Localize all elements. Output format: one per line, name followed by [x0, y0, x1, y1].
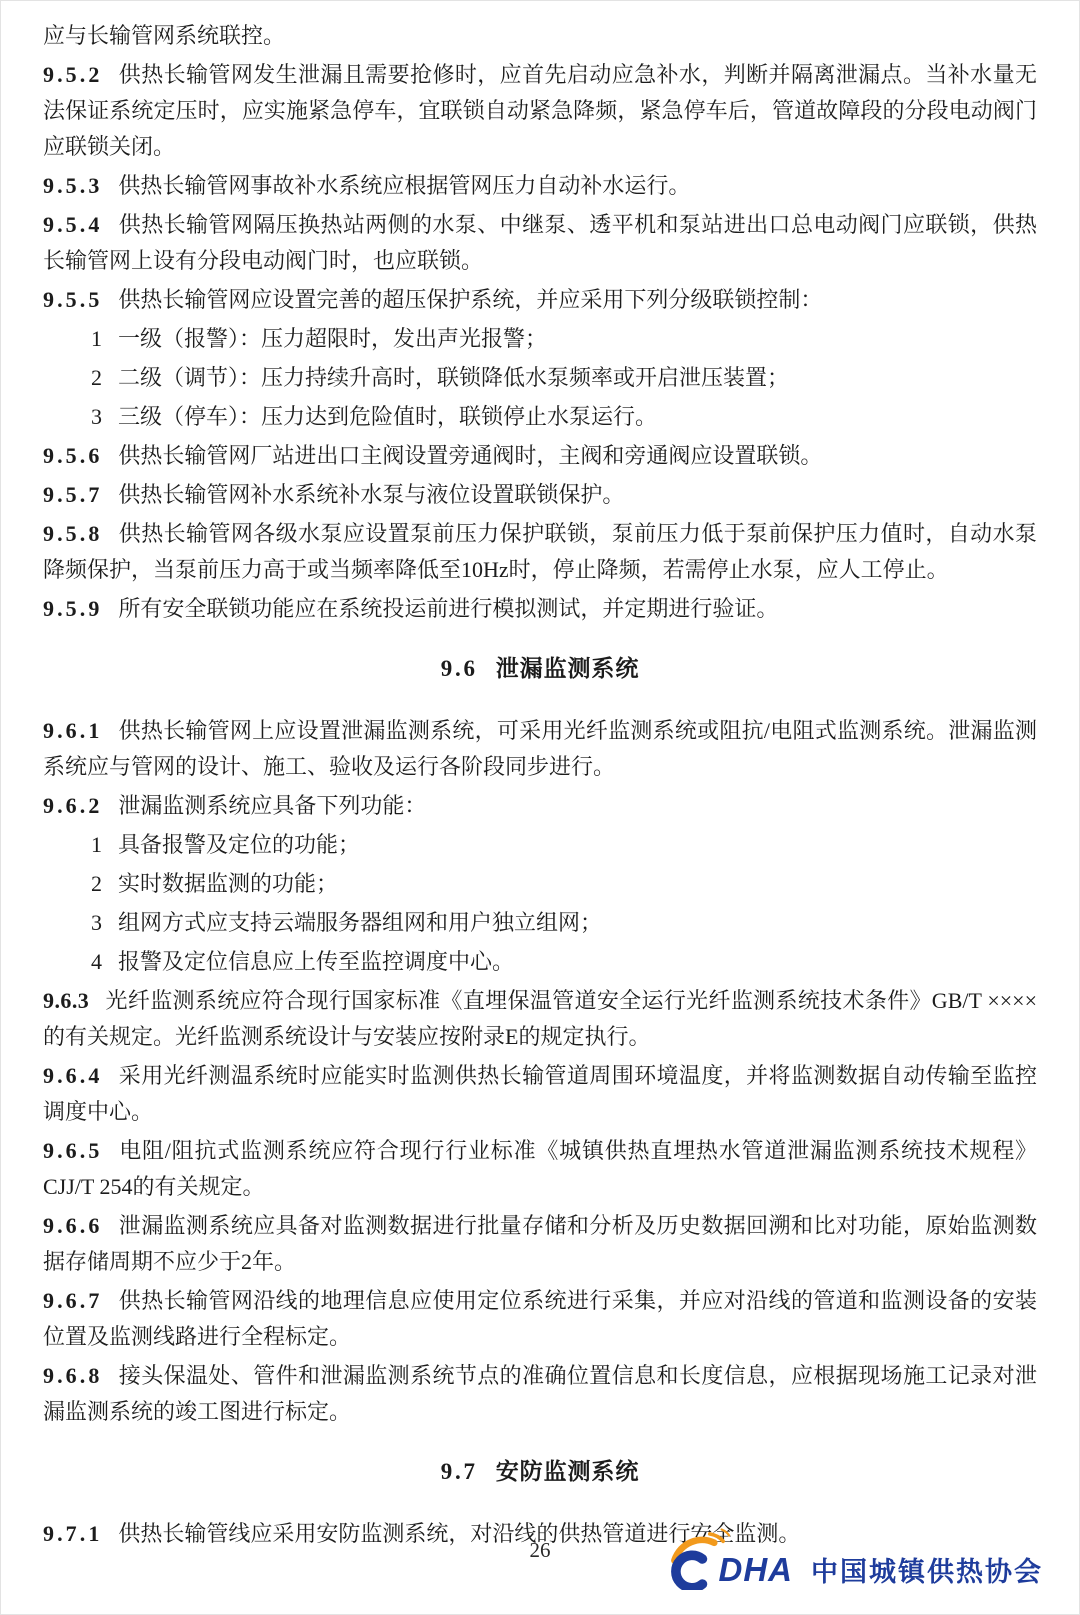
- list-item: 2二级（调节）：压力持续升高时，联锁降低水泵频率或开启泄压装置；: [43, 360, 1037, 396]
- clause-paragraph: 9.6.5电阻/阻抗式监测系统应符合现行行业标准《城镇供热直埋热水管道泄漏监测系…: [43, 1133, 1037, 1205]
- list-item-number: 3: [91, 404, 102, 429]
- clause-paragraph: 9.6.2泄漏监测系统应具备下列功能：: [43, 788, 1037, 824]
- clause-paragraph: 9.6.1供热长输管网上应设置泄漏监测系统，可采用光纤监测系统或阻抗/电阻式监测…: [43, 713, 1037, 785]
- paragraph-text: 供热长输管网沿线的地理信息应使用定位系统进行采集，并应对沿线的管道和监测设备的安…: [43, 1288, 1037, 1349]
- page-footer: 26 DHA 中国城镇供热协会: [1, 1510, 1079, 1596]
- paragraph-text: 供热长输管网各级水泵应设置泵前压力保护联锁，泵前压力低于泵前保护压力值时，自动水…: [43, 521, 1037, 582]
- clause-number: 9.6.8: [43, 1363, 102, 1388]
- document-body: 应与长输管网系统联控。9.5.2供热长输管网发生泄漏且需要抢修时，应首先启动应急…: [1, 1, 1079, 1552]
- clause-paragraph: 9.6.6泄漏监测系统应具备对监测数据进行批量存储和分析及历史数据回溯和比对功能…: [43, 1208, 1037, 1280]
- paragraph-text: 接头保温处、管件和泄漏监测系统节点的准确位置信息和长度信息，应根据现场施工记录对…: [43, 1363, 1037, 1424]
- logo-org-name: 中国城镇供热协会: [811, 1559, 1043, 1586]
- list-item: 2实时数据监测的功能；: [43, 866, 1037, 902]
- section-heading: 9.7安防监测系统: [43, 1454, 1037, 1490]
- paragraph-text: 供热长输管网上应设置泄漏监测系统，可采用光纤监测系统或阻抗/电阻式监测系统。泄漏…: [43, 718, 1037, 779]
- list-item: 3三级（停车）：压力达到危险值时，联锁停止水泵运行。: [43, 399, 1037, 435]
- paragraph-text: 电阻/阻抗式监测系统应符合现行行业标准《城镇供热直埋热水管道泄漏监测系统技术规程…: [43, 1138, 1037, 1199]
- document-page: 应与长输管网系统联控。9.5.2供热长输管网发生泄漏且需要抢修时，应首先启动应急…: [0, 0, 1080, 1615]
- list-item-number: 4: [91, 949, 102, 974]
- list-item: 1一级（报警）：压力超限时，发出声光报警；: [43, 321, 1037, 357]
- paragraph-text: 一级（报警）：压力超限时，发出声光报警；: [118, 326, 547, 351]
- section-title: 安防监测系统: [496, 1459, 640, 1484]
- paragraph-text: 组网方式应支持云端服务器组网和用户独立组网；: [118, 910, 602, 935]
- clause-paragraph: 9.5.4供热长输管网隔压换热站两侧的水泵、中继泵、透平机和泵站进出口总电动阀门…: [43, 207, 1037, 279]
- paragraph-text: 二级（调节）：压力持续升高时，联锁降低水泵频率或开启泄压装置；: [118, 365, 789, 390]
- paragraph-text: 供热长输管网补水系统补水泵与液位设置联锁保护。: [118, 482, 624, 507]
- paragraph-text: 供热长输管网发生泄漏且需要抢修时，应首先启动应急补水，判断并隔离泄漏点。当补水量…: [43, 62, 1037, 159]
- clause-number: 9.5.5: [43, 287, 102, 312]
- clause-number: 9.5.8: [43, 521, 102, 546]
- clause-number: 9.6.1: [43, 718, 102, 743]
- clause-paragraph: 9.5.6供热长输管网厂站进出口主阀设置旁通阀时，主阀和旁通阀应设置联锁。: [43, 438, 1037, 474]
- clause-number: 9.5.6: [43, 443, 102, 468]
- clause-number: 9.6.4: [43, 1063, 102, 1088]
- clause-paragraph: 9.6.4采用光纤测温系统时应能实时监测供热长输管道周围环境温度，并将监测数据自…: [43, 1058, 1037, 1130]
- clause-paragraph: 9.5.5供热长输管网应设置完善的超压保护系统，并应采用下列分级联锁控制：: [43, 282, 1037, 318]
- clause-number: 9.5.3: [43, 173, 102, 198]
- paragraph-text: 泄漏监测系统应具备下列功能：: [118, 793, 426, 818]
- list-item: 3组网方式应支持云端服务器组网和用户独立组网；: [43, 905, 1037, 941]
- clause-number: 9.6.2: [43, 793, 102, 818]
- clause-number: 9.5.4: [43, 212, 102, 237]
- clause-number: 9.5.7: [43, 482, 102, 507]
- section-number: 9.7: [441, 1459, 478, 1484]
- clause-number: 9.6.5: [43, 1138, 102, 1163]
- clause-paragraph: 9.6.8接头保温处、管件和泄漏监测系统节点的准确位置信息和长度信息，应根据现场…: [43, 1358, 1037, 1430]
- list-item-number: 1: [91, 326, 102, 351]
- paragraph-text: 所有安全联锁功能应在系统投运前进行模拟测试，并定期进行验证。: [118, 596, 778, 621]
- clause-paragraph: 9.5.9所有安全联锁功能应在系统投运前进行模拟测试，并定期进行验证。: [43, 591, 1037, 627]
- clause-paragraph: 9.5.7供热长输管网补水系统补水泵与液位设置联锁保护。: [43, 477, 1037, 513]
- continuation-paragraph: 应与长输管网系统联控。: [43, 18, 1037, 54]
- list-item: 1具备报警及定位的功能；: [43, 827, 1037, 863]
- paragraph-text: 供热长输管网隔压换热站两侧的水泵、中继泵、透平机和泵站进出口总电动阀门应联锁，供…: [43, 212, 1037, 273]
- clause-paragraph: 9.6.3光纤监测系统应符合现行国家标准《直埋保温管道安全运行光纤监测系统技术条…: [43, 983, 1037, 1055]
- section-heading: 9.6泄漏监测系统: [43, 651, 1037, 687]
- paragraph-text: 三级（停车）：压力达到危险值时，联锁停止水泵运行。: [118, 404, 657, 429]
- paragraph-text: 应与长输管网系统联控。: [43, 23, 285, 48]
- clause-number: 9.6.3: [43, 988, 89, 1013]
- paragraph-text: 采用光纤测温系统时应能实时监测供热长输管道周围环境温度，并将监测数据自动传输至监…: [43, 1063, 1037, 1124]
- clause-number: 9.5.2: [43, 62, 102, 87]
- list-item-number: 2: [91, 365, 102, 390]
- paragraph-text: 报警及定位信息应上传至监控调度中心。: [118, 949, 514, 974]
- clause-paragraph: 9.5.8供热长输管网各级水泵应设置泵前压力保护联锁，泵前压力低于泵前保护压力值…: [43, 516, 1037, 588]
- list-item: 4报警及定位信息应上传至监控调度中心。: [43, 944, 1037, 980]
- clause-paragraph: 9.6.7供热长输管网沿线的地理信息应使用定位系统进行采集，并应对沿线的管道和监…: [43, 1283, 1037, 1355]
- section-number: 9.6: [441, 656, 478, 681]
- list-item-number: 2: [91, 871, 102, 896]
- paragraph-text: 供热长输管网事故补水系统应根据管网压力自动补水运行。: [118, 173, 690, 198]
- section-title: 泄漏监测系统: [496, 656, 640, 681]
- logo-crescent-swoosh-icon: [661, 1528, 735, 1590]
- paragraph-text: 实时数据监测的功能；: [118, 871, 338, 896]
- paragraph-text: 供热长输管网应设置完善的超压保护系统，并应采用下列分级联锁控制：: [118, 287, 822, 312]
- paragraph-text: 光纤监测系统应符合现行国家标准《直埋保温管道安全运行光纤监测系统技术条件》GB/…: [43, 988, 1037, 1049]
- clause-number: 9.6.7: [43, 1288, 102, 1313]
- clause-paragraph: 9.5.3供热长输管网事故补水系统应根据管网压力自动补水运行。: [43, 168, 1037, 204]
- paragraph-text: 泄漏监测系统应具备对监测数据进行批量存储和分析及历史数据回溯和比对功能，原始监测…: [43, 1213, 1037, 1274]
- list-item-number: 1: [91, 832, 102, 857]
- clause-number: 9.6.6: [43, 1213, 102, 1238]
- list-item-number: 3: [91, 910, 102, 935]
- clause-number: 9.5.9: [43, 596, 102, 621]
- clause-paragraph: 9.5.2供热长输管网发生泄漏且需要抢修时，应首先启动应急补水，判断并隔离泄漏点…: [43, 57, 1037, 165]
- cdha-logo: DHA 中国城镇供热协会: [661, 1528, 1044, 1590]
- cdha-logo-mark-icon: [661, 1528, 735, 1590]
- paragraph-text: 供热长输管网厂站进出口主阀设置旁通阀时，主阀和旁通阀应设置联锁。: [118, 443, 822, 468]
- paragraph-text: 具备报警及定位的功能；: [118, 832, 360, 857]
